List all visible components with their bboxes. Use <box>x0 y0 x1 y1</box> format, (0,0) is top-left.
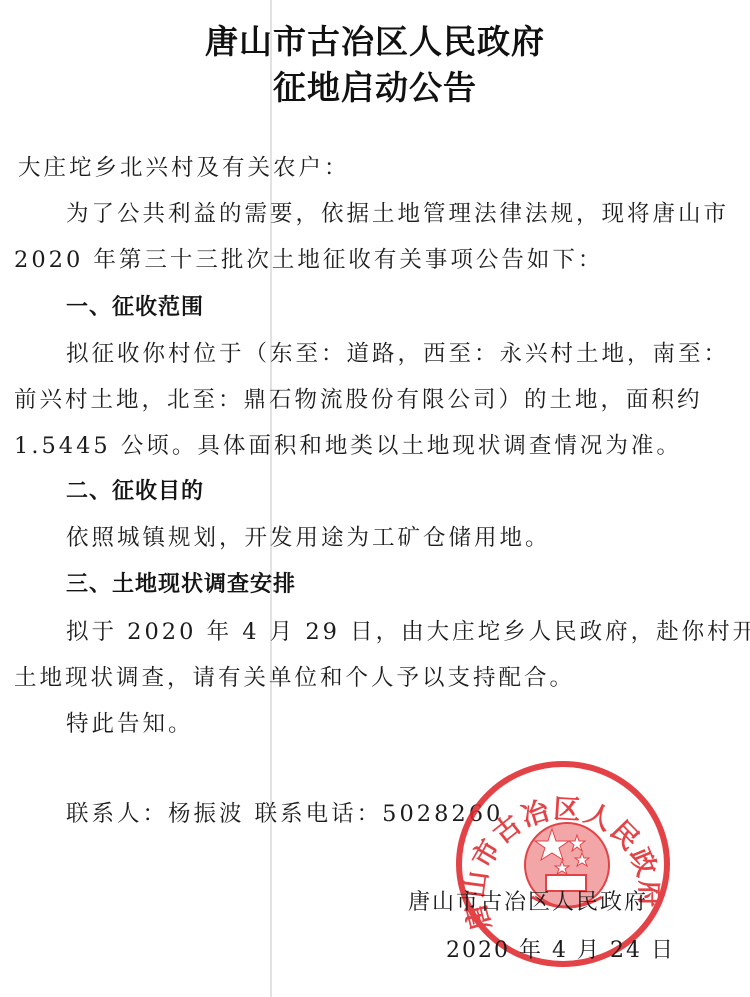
contact-info: 联系人：杨振波 联系电话：5028260 <box>66 796 503 828</box>
document-subtitle: 征地启动公告 <box>0 62 750 109</box>
salutation: 大庄坨乡北兴村及有关农户： <box>18 150 350 182</box>
purpose-line-1: 依照城镇规划，开发用途为工矿仓储用地。 <box>66 520 551 552</box>
section-heading-survey: 三、土地现状调查安排 <box>66 567 296 598</box>
intro-line-1: 为了公共利益的需要，依据土地管理法律法规，现将唐山市 <box>66 196 729 228</box>
scope-line-1: 拟征收你村位于（东至：道路，西至：永兴村土地，南至： <box>66 336 729 368</box>
closing-text: 特此告知。 <box>66 706 194 738</box>
scope-line-2: 前兴村土地，北至：鼎石物流股份有限公司）的土地，面积约 <box>14 382 703 414</box>
section-heading-scope: 一、征收范围 <box>66 290 204 321</box>
signature-organization: 唐山市古冶区人民政府 <box>408 885 648 916</box>
signature-date: 2020 年 4 月 24 日 <box>446 933 675 964</box>
document-title: 唐山市古冶区人民政府 <box>0 16 750 63</box>
scope-line-3: 1.5445 公顷。具体面积和地类以土地现状调查情况为准。 <box>14 428 682 460</box>
survey-line-2: 土地现状调查，请有关单位和个人予以支持配合。 <box>14 660 575 692</box>
intro-line-2: 2020 年第三十三批次土地征收有关事项公告如下： <box>14 242 603 274</box>
section-heading-purpose: 二、征收目的 <box>66 474 204 505</box>
survey-line-1: 拟于 2020 年 4 月 29 日，由大庄坨乡人民政府，赴你村开展 <box>66 614 750 646</box>
